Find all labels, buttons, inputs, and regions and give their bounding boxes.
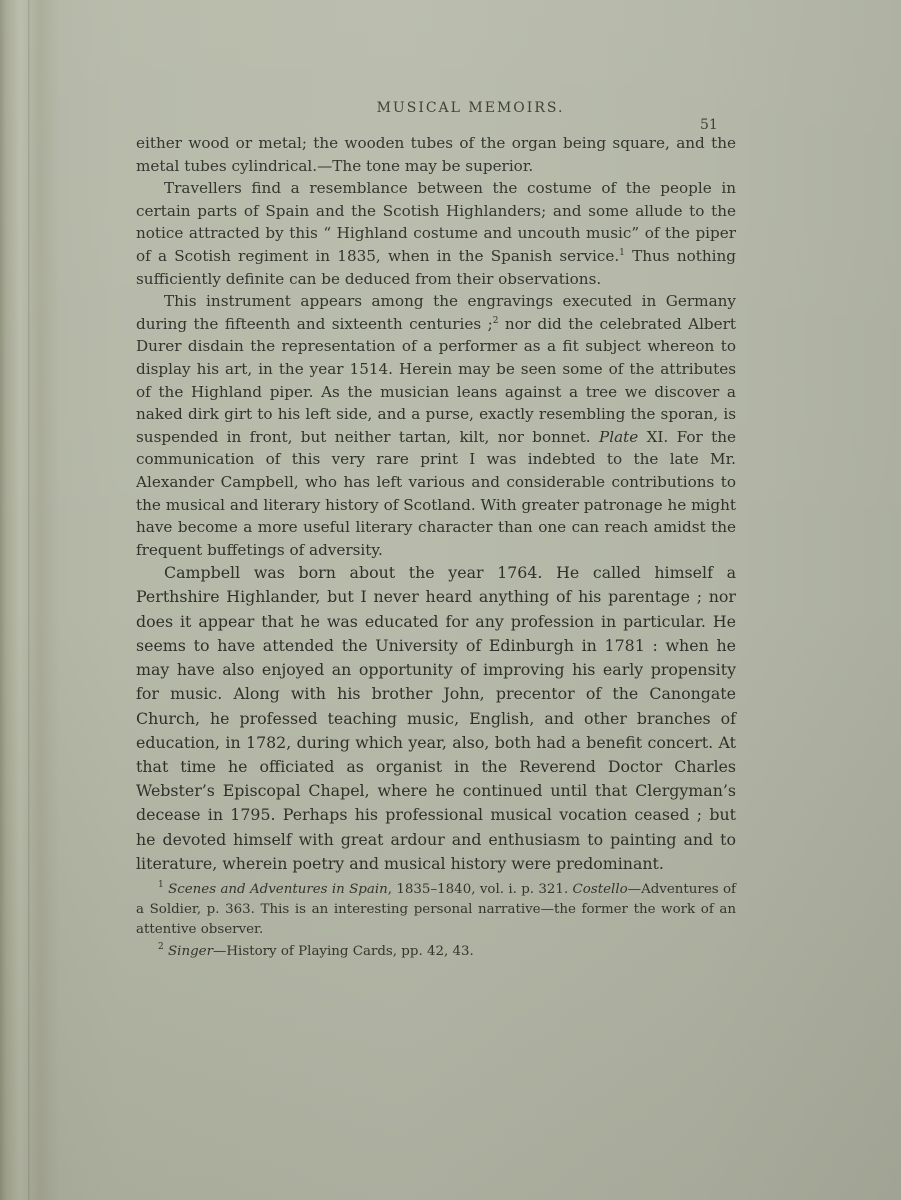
- paragraph-text: nor did the celebrated Albert Durer disd…: [136, 315, 736, 446]
- plate-label: Plate: [599, 428, 638, 446]
- footnote-italic-author: Costello: [573, 882, 628, 897]
- footnote-italic-title: Scenes and Adventures in Spain: [168, 882, 388, 897]
- footnote-italic-author: Singer: [168, 944, 213, 959]
- footnote-number: 2: [158, 942, 164, 952]
- paragraph-text: For the communication of this very rare …: [136, 428, 736, 559]
- footnote-text: , 1835–1840, vol. i. p. 321.: [388, 882, 573, 897]
- running-head: MUSICAL MEMOIRS.: [0, 100, 901, 116]
- plate-number: XI.: [638, 428, 668, 446]
- footnote-2: 2 Singer—History of Playing Cards, pp. 4…: [136, 942, 736, 962]
- footnote-1: 1 Scenes and Adventures in Spain, 1835–1…: [136, 880, 736, 940]
- running-title: MUSICAL MEMOIRS.: [377, 100, 565, 116]
- page-number: 51: [700, 117, 718, 133]
- paragraph-instrument: This instrument appears among the engrav…: [136, 290, 736, 561]
- body-text: either wood or metal; the wooden tubes o…: [136, 132, 736, 876]
- footnotes: 1 Scenes and Adventures in Spain, 1835–1…: [136, 880, 736, 964]
- footnote-number: 1: [158, 880, 164, 890]
- footnote-text: —History of Playing Cards, pp. 42, 43.: [213, 944, 474, 959]
- paragraph-travellers: Travellers find a resemblance between th…: [136, 177, 736, 290]
- book-gutter-edge: [28, 0, 31, 1200]
- paragraph-campbell: Campbell was born about the year 1764. H…: [136, 561, 736, 876]
- paragraph-continued: either wood or metal; the wooden tubes o…: [136, 132, 736, 177]
